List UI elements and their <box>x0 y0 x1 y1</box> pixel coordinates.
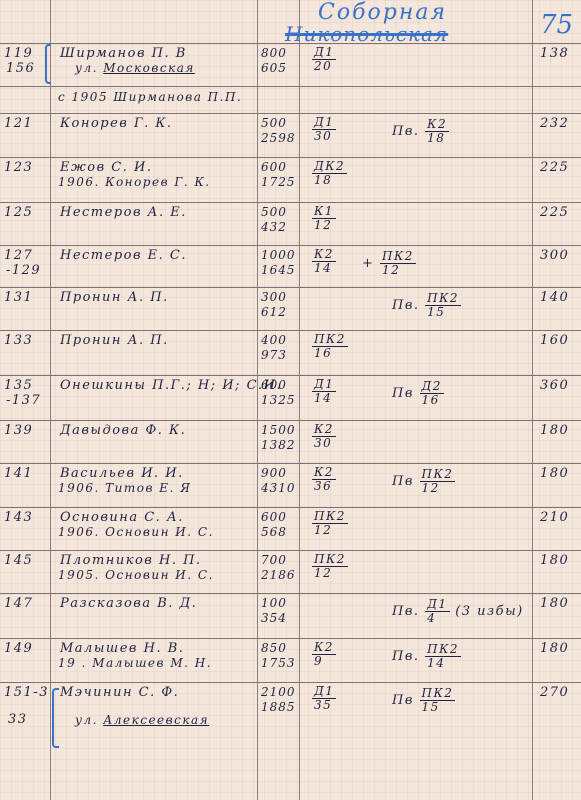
house-number-part: 133 <box>4 333 33 348</box>
fraction-numerator: ДК2 <box>312 160 347 174</box>
area-sqsazhen: 1500 <box>261 423 296 438</box>
extra-building-fraction: ПК212 <box>420 468 456 495</box>
column-divider-area <box>299 0 300 800</box>
fraction-denominator: 4 <box>425 612 449 625</box>
tax-amount: 232 <box>540 116 569 131</box>
house-number: 143 <box>4 510 33 525</box>
assessed-value: 2598 <box>261 131 296 146</box>
fraction-denominator: 35 <box>312 699 336 712</box>
row-divider <box>0 202 581 203</box>
assessed-value: 1753 <box>261 656 296 671</box>
row-divider <box>0 593 581 594</box>
house-number-part: 141 <box>4 466 33 481</box>
house-number-part: 33 <box>4 712 49 727</box>
owner-name: Ширманов П. В <box>60 46 187 61</box>
row-divider <box>0 86 581 87</box>
extra-building: Пв. ПК214 <box>392 643 461 670</box>
house-number: 147 <box>4 596 33 611</box>
tax-amount: 180 <box>540 466 569 481</box>
assessed-value: 2186 <box>261 568 296 583</box>
fraction-denominator: 14 <box>312 392 336 405</box>
house-number-part: 121 <box>4 116 33 131</box>
tax-amount: 180 <box>540 641 569 656</box>
fraction-numerator: ПК2 <box>312 333 348 347</box>
house-number-part: 147 <box>4 596 33 611</box>
tax-amount: 160 <box>540 333 569 348</box>
fraction-numerator: К2 <box>425 118 449 132</box>
row-divider <box>0 463 581 464</box>
extra-building: Пв ПК212 <box>392 468 455 495</box>
extra-building-fraction: ПК215 <box>420 687 456 714</box>
building-class: К230 <box>312 423 336 450</box>
area-value: 500432 <box>261 205 287 235</box>
tax-amount: 300 <box>540 248 569 263</box>
fraction-denominator: 30 <box>312 130 336 143</box>
owner-note: 19 . Малышев М. Н. <box>58 656 212 671</box>
area-value: 600568 <box>261 510 287 540</box>
building-class: ДК218 <box>312 160 347 187</box>
fraction-denominator: 12 <box>380 264 416 277</box>
owner-note: ул. Московская <box>75 61 195 76</box>
extra-building-label: Пв <box>392 386 420 401</box>
building-class: ПК216 <box>312 333 348 360</box>
blue-bracket-mark <box>45 44 51 84</box>
fraction-numerator: ПК2 <box>312 553 348 567</box>
street-name-crossed-out: Никопольская <box>285 22 448 46</box>
building-class: Д135 <box>312 685 336 712</box>
row-divider <box>0 245 581 246</box>
building-class-fraction: К29 <box>312 641 336 668</box>
fraction-numerator: К2 <box>312 248 336 262</box>
building-class: Д130 <box>312 116 336 143</box>
extra-building-label: Пв. <box>392 124 425 139</box>
owner-name: Пронин А. П. <box>60 333 169 348</box>
owner-name: Пронин А. П. <box>60 290 169 305</box>
owner-name: Васильев И. И. <box>60 466 184 481</box>
area-sqsazhen: 100 <box>261 596 287 611</box>
house-number: 149 <box>4 641 33 656</box>
house-number-part: 143 <box>4 510 33 525</box>
house-number: 135-137 <box>4 378 41 408</box>
extra-building-label: Пв <box>392 693 420 708</box>
assessed-value: 4310 <box>261 481 296 496</box>
area-value: 8501753 <box>261 641 296 671</box>
fraction-numerator: ПК2 <box>425 643 461 657</box>
fraction-denominator: 36 <box>312 480 336 493</box>
area-value: 10001645 <box>261 248 296 278</box>
extra-building-suffix: (3 избы) <box>450 604 524 619</box>
fraction-numerator: ПК2 <box>425 292 461 306</box>
column-divider-number <box>50 0 51 800</box>
fraction-numerator: Д1 <box>312 378 336 392</box>
house-number: 123 <box>4 160 33 175</box>
fraction-denominator: 14 <box>312 262 336 275</box>
area-value: 300612 <box>261 290 287 320</box>
fraction-numerator: Д1 <box>312 116 336 130</box>
extra-building: Пв. Д14 (3 избы) <box>392 598 524 625</box>
fraction-denominator: 12 <box>312 567 348 580</box>
extra-building: Пв Д216 <box>392 380 444 407</box>
owner-name: Нестеров А. Е. <box>60 205 187 220</box>
house-number-part: 149 <box>4 641 33 656</box>
tax-amount: 210 <box>540 510 569 525</box>
owner-name: Разсказова В. Д. <box>60 596 197 611</box>
house-number: 127-129 <box>4 248 41 278</box>
fraction-denominator: 16 <box>420 394 444 407</box>
house-number: 141 <box>4 466 33 481</box>
assessed-value: 1325 <box>261 393 296 408</box>
area-value: 7002186 <box>261 553 296 583</box>
assessed-value: 1382 <box>261 438 296 453</box>
area-sqsazhen: 400 <box>261 333 287 348</box>
house-number-part: 125 <box>4 205 33 220</box>
tax-amount: 140 <box>540 290 569 305</box>
building-class-fraction: ДК218 <box>312 160 347 187</box>
house-number: 133 <box>4 333 33 348</box>
row-divider <box>0 682 581 683</box>
extra-building: + ПК212 <box>362 250 416 277</box>
extra-building: Пв. ПК215 <box>392 292 461 319</box>
area-sqsazhen: 300 <box>261 290 287 305</box>
extra-building-label: Пв. <box>392 649 425 664</box>
tax-amount: 360 <box>540 378 569 393</box>
tax-amount: 138 <box>540 46 569 61</box>
owner-note: 1906. Конорев Г. К. <box>58 175 211 190</box>
extra-building-label: + <box>362 256 380 271</box>
row-divider <box>0 507 581 508</box>
fraction-numerator: Д1 <box>312 685 336 699</box>
fraction-denominator: 15 <box>420 701 456 714</box>
row-divider <box>0 550 581 551</box>
street-prefix: ул. <box>75 713 103 727</box>
building-class: Д114 <box>312 378 336 405</box>
tax-amount: 225 <box>540 160 569 175</box>
fraction-denominator: 16 <box>312 347 348 360</box>
owner-succession: с 1905 Ширманова П.П. <box>58 90 242 105</box>
street-name-note: Московская <box>103 61 195 75</box>
extra-building-label: Пв. <box>392 604 425 619</box>
area-sqsazhen: 600 <box>261 510 287 525</box>
fraction-denominator: 18 <box>425 132 449 145</box>
tax-amount: 270 <box>540 685 569 700</box>
row-divider <box>0 287 581 288</box>
column-divider-tax <box>532 0 533 800</box>
extra-building-fraction: Д14 <box>425 598 449 625</box>
row-divider <box>0 638 581 639</box>
building-class-fraction: ПК216 <box>312 333 348 360</box>
building-class: К29 <box>312 641 336 668</box>
area-sqsazhen: 900 <box>261 466 296 481</box>
area-value: 15001382 <box>261 423 296 453</box>
extra-building: Пв ПК215 <box>392 687 455 714</box>
area-value: 9004310 <box>261 466 296 496</box>
house-number-part: 156 <box>4 61 35 76</box>
fraction-denominator: 9 <box>312 655 336 668</box>
owner-name: Мэчинин С. Ф. <box>60 685 179 700</box>
extra-building-fraction: ПК215 <box>425 292 461 319</box>
building-class-fraction: Д135 <box>312 685 336 712</box>
tax-amount: 225 <box>540 205 569 220</box>
area-sqsazhen: 1000 <box>261 248 296 263</box>
fraction-denominator: 12 <box>420 482 456 495</box>
owner-name: Плотников Н. П. <box>60 553 202 568</box>
owner-name: Основина С. А. <box>60 510 184 525</box>
fraction-denominator: 12 <box>312 219 336 232</box>
owner-name: Ежов С. И. <box>60 160 152 175</box>
area-value: 800605 <box>261 46 287 76</box>
house-number-part: 135 <box>4 378 41 393</box>
house-number-part: 119 <box>4 46 35 61</box>
tax-amount: 180 <box>540 596 569 611</box>
house-number-part: 127 <box>4 248 41 263</box>
fraction-denominator: 18 <box>312 174 347 187</box>
owner-note: ул. Алексеевская <box>75 713 209 728</box>
row-divider <box>0 375 581 376</box>
extra-building-fraction: Д216 <box>420 380 444 407</box>
assessed-value: 605 <box>261 61 287 76</box>
area-sqsazhen: 500 <box>261 116 296 131</box>
area-sqsazhen: 700 <box>261 553 296 568</box>
building-class-fraction: К214 <box>312 248 336 275</box>
extra-building-fraction: ПК212 <box>380 250 416 277</box>
extra-building-fraction: К218 <box>425 118 449 145</box>
fraction-numerator: К2 <box>312 423 336 437</box>
area-sqsazhen: 2100 <box>261 685 296 700</box>
fraction-denominator: 30 <box>312 437 336 450</box>
house-number: 131 <box>4 290 33 305</box>
building-class-fraction: ПК212 <box>312 553 348 580</box>
extra-building-fraction: ПК214 <box>425 643 461 670</box>
area-sqsazhen: 500 <box>261 205 287 220</box>
house-number-part: 123 <box>4 160 33 175</box>
owner-name: Нестеров Е. С. <box>60 248 187 263</box>
building-class-fraction: К236 <box>312 466 336 493</box>
house-number-part: -137 <box>4 393 41 408</box>
area-sqsazhen: 600 <box>261 378 296 393</box>
house-number-part: 139 <box>4 423 33 438</box>
house-number-part: 131 <box>4 290 33 305</box>
tax-amount: 180 <box>540 553 569 568</box>
row-divider <box>0 113 581 114</box>
fraction-numerator: Д1 <box>425 598 449 612</box>
assessed-value: 354 <box>261 611 287 626</box>
fraction-numerator: К2 <box>312 641 336 655</box>
area-value: 5002598 <box>261 116 296 146</box>
extra-building-label: Пв <box>392 474 420 489</box>
assessed-value: 1725 <box>261 175 296 190</box>
fraction-numerator: Д1 <box>312 46 336 60</box>
row-divider <box>0 330 581 331</box>
area-value: 6001725 <box>261 160 296 190</box>
fraction-denominator: 20 <box>312 60 336 73</box>
owner-name: Давыдова Ф. К. <box>60 423 186 438</box>
assessed-value: 568 <box>261 525 287 540</box>
house-number-part: 145 <box>4 553 33 568</box>
tax-amount: 180 <box>540 423 569 438</box>
street-prefix: ул. <box>75 61 103 75</box>
assessed-value: 1645 <box>261 263 296 278</box>
assessed-value: 432 <box>261 220 287 235</box>
owner-note: 1906. Титов Е. Я <box>58 481 191 496</box>
area-sqsazhen: 800 <box>261 46 287 61</box>
building-class-fraction: К112 <box>312 205 336 232</box>
owner-note: 1905. Основин И. С. <box>58 568 214 583</box>
row-divider <box>0 420 581 421</box>
fraction-numerator: ПК2 <box>420 468 456 482</box>
extra-building-label: Пв. <box>392 298 425 313</box>
area-sqsazhen: 600 <box>261 160 296 175</box>
blue-bracket-mark <box>52 688 59 748</box>
house-number: 125 <box>4 205 33 220</box>
house-number: 121 <box>4 116 33 131</box>
building-class-fraction: ПК212 <box>312 510 348 537</box>
building-class: К214 <box>312 248 336 275</box>
owner-name: Конорев Г. К. <box>60 116 173 131</box>
house-number: 145 <box>4 553 33 568</box>
fraction-numerator: К1 <box>312 205 336 219</box>
owner-name: Онешкины П.Г.; Н; И; С.И. <box>60 378 282 393</box>
building-class-fraction: Д120 <box>312 46 336 73</box>
building-class-fraction: К230 <box>312 423 336 450</box>
house-number-part: 151-3 <box>4 685 49 700</box>
building-class: К236 <box>312 466 336 493</box>
fraction-denominator: 12 <box>312 524 348 537</box>
fraction-numerator: ПК2 <box>312 510 348 524</box>
row-divider <box>0 157 581 158</box>
area-value: 6001325 <box>261 378 296 408</box>
column-divider-owner <box>257 0 258 800</box>
building-class: ПК212 <box>312 510 348 537</box>
extra-building: Пв. К218 <box>392 118 449 145</box>
area-value: 400973 <box>261 333 287 363</box>
building-class: ПК212 <box>312 553 348 580</box>
street-name-note: Алексеевская <box>103 713 209 727</box>
building-class-fraction: Д114 <box>312 378 336 405</box>
assessed-value: 1885 <box>261 700 296 715</box>
fraction-numerator: К2 <box>312 466 336 480</box>
area-sqsazhen: 850 <box>261 641 296 656</box>
fraction-denominator: 15 <box>425 306 461 319</box>
owner-name: Малышев Н. В. <box>60 641 184 656</box>
building-class: Д120 <box>312 46 336 73</box>
building-class-fraction: Д130 <box>312 116 336 143</box>
area-value: 21001885 <box>261 685 296 715</box>
fraction-denominator: 14 <box>425 657 461 670</box>
house-number: 119156 <box>4 46 35 76</box>
page-number: 75 <box>540 10 573 40</box>
building-class: К112 <box>312 205 336 232</box>
owner-note: 1906. Основин И. С. <box>58 525 214 540</box>
house-number: 151-333 <box>4 685 49 727</box>
fraction-numerator: ПК2 <box>420 687 456 701</box>
house-number-part: -129 <box>4 263 41 278</box>
house-number: 139 <box>4 423 33 438</box>
assessed-value: 612 <box>261 305 287 320</box>
fraction-numerator: Д2 <box>420 380 444 394</box>
fraction-numerator: ПК2 <box>380 250 416 264</box>
assessed-value: 973 <box>261 348 287 363</box>
area-value: 100354 <box>261 596 287 626</box>
